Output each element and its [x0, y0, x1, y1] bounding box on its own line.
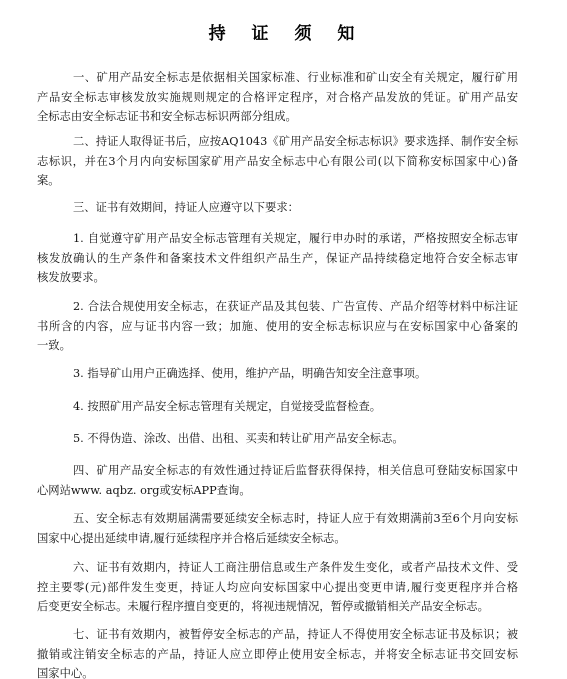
paragraph-section-5: 五、安全标志有效期届满需要延续安全标志时，持证人应于有效期满前3至6个月向安标国… — [37, 509, 518, 548]
paragraph-item-1: 1. 自觉遵守矿用产品安全标志管理有关规定，履行申办时的承诺，严格按照安全标志审… — [37, 229, 518, 288]
paragraph-line: 一致。 — [37, 336, 518, 356]
paragraph-line: 控主要零(元)部件发生变更，持证人均应向安标国家中心提出变更申请,履行变更程序并… — [37, 578, 518, 598]
paragraph-line: 书所含的内容，应与证书内容一致；加施、使用的安全标志标识应与在安标国家中心备案的 — [37, 317, 518, 337]
page-title: 持 证 须 知 — [0, 22, 567, 46]
paragraph-line: 1. 自觉遵守矿用产品安全标志管理有关规定，履行申办时的承诺，严格按照安全标志审 — [37, 229, 518, 249]
paragraph-line: 六、证书有效期内，持证人工商注册信息或生产条件发生变化，或者产品技术文件、受 — [37, 558, 518, 578]
paragraph-item-3: 3. 指导矿山用户正确选择、使用，维护产品，明确告知安全注意事项。 — [37, 364, 518, 384]
paragraph-line: 五、安全标志有效期届满需要延续安全标志时，持证人应于有效期满前3至6个月向安标 — [37, 509, 518, 529]
paragraph-line: 七、证书有效期内，被暂停安全标志的产品，持证人不得使用安全标志证书及标识；被 — [37, 625, 518, 645]
paragraph-line: 心网站www. aqbz. org或安标APP查询。 — [37, 481, 518, 501]
paragraph-section-3: 三、证书有效期间，持证人应遵守以下要求： — [37, 198, 518, 218]
paragraph-line: 四、矿用产品安全标志的有效性通过持证后监督获得保持，相关信息可登陆安标国家中 — [37, 461, 518, 481]
paragraph-line: 国家中心。 — [37, 664, 518, 679]
paragraph-line: 2. 合法合规使用安全标志，在获证产品及其包装、广告宣传、产品介绍等材料中标注证 — [37, 297, 518, 317]
paragraph-line: 产品安全标志审核发放实施规则规定的合格评定程序，对合格产品发放的凭证。矿用产品安 — [37, 88, 518, 108]
paragraph-line: 撤销或注销安全标志的产品，持证人应立即停止使用安全标志，并将安全标志证书交回安标 — [37, 645, 518, 665]
paragraph-line: 全标志由安全标志证书和安全标志标识两部分组成。 — [37, 107, 518, 127]
paragraph-section-1: 一、矿用产品安全标志是依据相关国家标准、行业标准和矿山安全有关规定，履行矿用产品… — [37, 68, 518, 127]
paragraph-line: 核发放确认的生产条件和备案技术文件组织产品生产，保证产品持续稳定地符合安全标志审 — [37, 249, 518, 269]
paragraph-line: 一、矿用产品安全标志是依据相关国家标准、行业标准和矿山安全有关规定，履行矿用 — [37, 68, 518, 88]
paragraph-section-4: 四、矿用产品安全标志的有效性通过持证后监督获得保持，相关信息可登陆安标国家中心网… — [37, 461, 518, 500]
paragraph-item-5: 5. 不得伪造、涂改、出借、出租、买卖和转让矿用产品安全标志。 — [37, 429, 518, 449]
paragraph-line: 志标识，并在3个月内向安标国家矿用产品安全标志中心有限公司(以下简称安标国家中心… — [37, 152, 518, 172]
paragraph-line: 核发放要求。 — [37, 268, 518, 288]
paragraph-line: 三、证书有效期间，持证人应遵守以下要求： — [37, 198, 518, 218]
paragraph-section-7: 七、证书有效期内，被暂停安全标志的产品，持证人不得使用安全标志证书及标识；被撤销… — [37, 625, 518, 679]
paragraph-line: 国家中心提出延续申请,履行延续程序并合格后延续安全标志。 — [37, 529, 518, 549]
paragraph-item-4: 4. 按照矿用产品安全标志管理有关规定，自觉接受监督检查。 — [37, 397, 518, 417]
paragraph-line: 3. 指导矿山用户正确选择、使用，维护产品，明确告知安全注意事项。 — [37, 364, 518, 384]
document-page: 持 证 须 知 一、矿用产品安全标志是依据相关国家标准、行业标准和矿山安全有关规… — [0, 0, 567, 679]
paragraph-line: 案。 — [37, 171, 518, 191]
paragraph-line: 后变更安全标志。未履行程序擅自变更的，将视违规情况，暂停或撤销相关产品安全标志。 — [37, 597, 518, 617]
paragraph-line: 二、持证人取得证书后，应按AQ1043《矿用产品安全标志标识》要求选择、制作安全… — [37, 132, 518, 152]
paragraph-section-6: 六、证书有效期内，持证人工商注册信息或生产条件发生变化，或者产品技术文件、受控主… — [37, 558, 518, 617]
paragraph-section-2: 二、持证人取得证书后，应按AQ1043《矿用产品安全标志标识》要求选择、制作安全… — [37, 132, 518, 191]
paragraph-item-2: 2. 合法合规使用安全标志，在获证产品及其包装、广告宣传、产品介绍等材料中标注证… — [37, 297, 518, 356]
paragraph-line: 4. 按照矿用产品安全标志管理有关规定，自觉接受监督检查。 — [37, 397, 518, 417]
paragraph-line: 5. 不得伪造、涂改、出借、出租、买卖和转让矿用产品安全标志。 — [37, 429, 518, 449]
